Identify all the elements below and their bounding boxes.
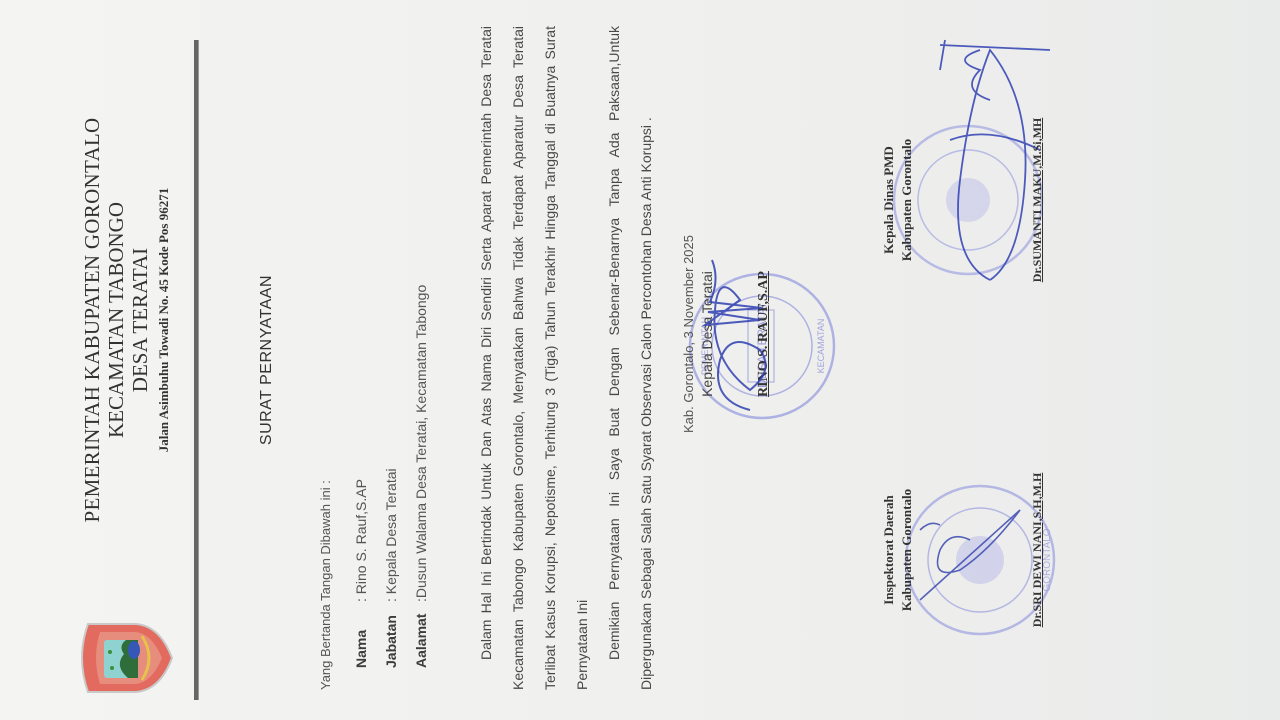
letterhead-divider xyxy=(194,40,199,700)
identity-row-address: Aalamat :Dusun Walama Desa Teratai, Keca… xyxy=(406,285,436,668)
letterhead: PEMERINTAH KABUPATEN GORONTALO KECAMATAN… xyxy=(80,60,174,580)
identity-label: Aalamat xyxy=(413,602,429,668)
identity-table: Nama : Rino S. Rauf,S.AP Jabatan : Kepal… xyxy=(346,285,436,668)
pmd-head-signature-block: Kepala Dinas PMD Kabupaten Gorontalo Dr.… xyxy=(880,50,1046,350)
identity-value: : Kepala Desa Teratai xyxy=(383,468,399,602)
signatory-position-region: Kabupaten Gorontalo xyxy=(898,50,916,350)
letterhead-district: KECAMATAN TABONGO xyxy=(104,60,128,580)
document-viewport: PEMERINTAH KABUPATEN GORONTALO KECAMATAN… xyxy=(0,0,1280,720)
letterhead-village: DESA TERATAI xyxy=(128,60,152,580)
letterhead-government: PEMERINTAH KABUPATEN GORONTALO xyxy=(80,60,104,580)
identity-row-position: Jabatan : Kepala Desa Teratai xyxy=(376,285,406,668)
statement-paragraph: Dalam Hal Ini Bertindak Untuk Dan Atas N… xyxy=(470,26,598,690)
statement-letter-page: PEMERINTAH KABUPATEN GORONTALO KECAMATAN… xyxy=(0,0,1280,720)
identity-row-name: Nama : Rino S. Rauf,S.AP xyxy=(346,285,376,668)
signatory-position-region: Kabupaten Gorontalo xyxy=(898,400,916,700)
identity-value: :Dusun Walama Desa Teratai, Kecamatan Ta… xyxy=(413,285,429,602)
identity-value: : Rino S. Rauf,S.AP xyxy=(353,479,369,602)
signatory-position: Kepala Dinas PMD xyxy=(880,50,898,350)
signatory-name: Dr.SUMANTI MAKU,M.Si,MH xyxy=(1028,50,1046,350)
identity-label: Nama xyxy=(353,602,369,668)
signatory-name: Dr.SRI DEWI NANI,S.H,M.H xyxy=(1028,400,1046,700)
inspectorate-signature-block: Inspektorat Daerah Kabupaten Gorontalo D… xyxy=(880,400,1046,700)
identity-label: Jabatan xyxy=(383,602,399,668)
svg-text:KECAMATAN: KECAMATAN xyxy=(816,319,826,374)
letterhead-address: Jalan Asimbuhu Towadi No. 45 Kode Pos 96… xyxy=(154,60,174,580)
closing-paragraph: Demikian Pernyataan Ini Saya Buat Dengan… xyxy=(598,26,662,690)
gorontalo-regency-emblem-icon xyxy=(78,618,174,698)
document-title: SURAT PERNYATAAN xyxy=(258,0,276,720)
intro-text: Yang Bertanda Tangan Dibawah ini : xyxy=(318,480,333,690)
village-head-signature-icon xyxy=(690,250,780,420)
signatory-position: Inspektorat Daerah xyxy=(880,400,898,700)
